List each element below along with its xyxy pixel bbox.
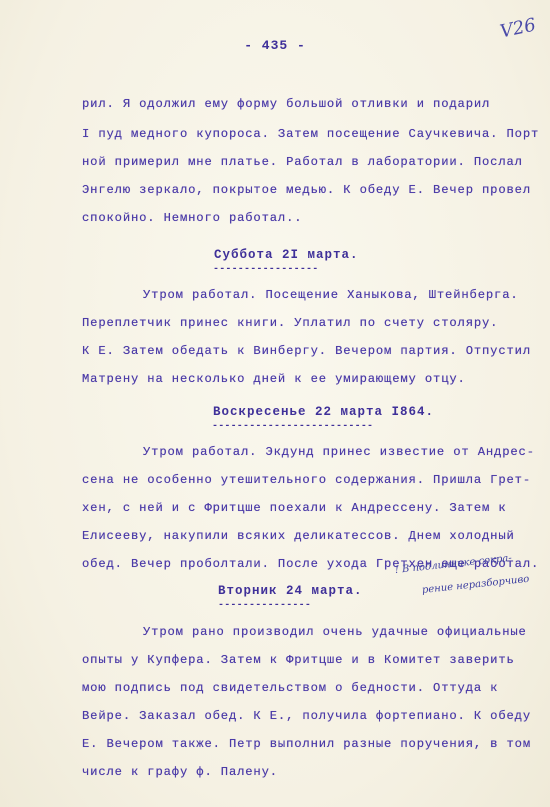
text-line: ной примерил мне платье. Работал в лабор… bbox=[82, 155, 523, 169]
text-line: К Е. Затем обедать к Винбергу. Вечером п… bbox=[82, 344, 531, 358]
heading-underline: -------------------------- bbox=[212, 421, 373, 432]
entry-heading: Суббота 2I марта. bbox=[214, 248, 359, 262]
text-line: Елисееву, накупили всяких деликатессов. … bbox=[82, 529, 515, 543]
text-line: спокойно. Немного работал.. bbox=[82, 211, 302, 225]
text-line: хен, с ней и с Фритцше поехали к Андресс… bbox=[82, 501, 507, 515]
text-line: Утром рано производил очень удачные офиц… bbox=[143, 625, 527, 639]
text-line: Утром работал. Посещение Ханыкова, Штейн… bbox=[143, 288, 519, 302]
text-line: I пуд медного купороса. Затем посещение … bbox=[82, 127, 539, 141]
entry-heading: Вторник 24 марта. bbox=[218, 584, 363, 598]
text-line: Е. Вечером также. Петр выполнил разные п… bbox=[82, 737, 531, 751]
document-page: - 435 - V26 рил. Я одолжил ему форму бол… bbox=[0, 0, 550, 807]
page-number: - 435 - bbox=[0, 38, 550, 53]
text-line: мою подпись под свидетельством о бедност… bbox=[82, 681, 498, 695]
text-line: сена не особенно утешительного содержани… bbox=[82, 473, 531, 487]
text-line: опыты у Купфера. Затем к Фритцше и в Ком… bbox=[82, 653, 515, 667]
heading-underline: ----------------- bbox=[213, 264, 318, 275]
text-line: Утром работал. Экдунд принес известие от… bbox=[143, 445, 535, 459]
text-line: Матрену на несколько дней к ее умирающем… bbox=[82, 372, 466, 386]
handwritten-margin-note: рение неразборчиво bbox=[421, 574, 529, 596]
text-line: числе к графу ф. Палену. bbox=[82, 765, 278, 779]
text-line: Вейре. Заказал обед. К Е., получила форт… bbox=[82, 709, 531, 723]
entry-heading: Воскресенье 22 марта I864. bbox=[213, 405, 434, 419]
text-line: Энгелю зеркало, покрытое медью. К обеду … bbox=[82, 183, 531, 197]
text-line: рил. Я одолжил ему форму большой отливки… bbox=[82, 97, 490, 111]
heading-underline: --------------- bbox=[218, 600, 311, 611]
text-line: Переплетчик принес книги. Уплатил по сче… bbox=[82, 316, 498, 330]
